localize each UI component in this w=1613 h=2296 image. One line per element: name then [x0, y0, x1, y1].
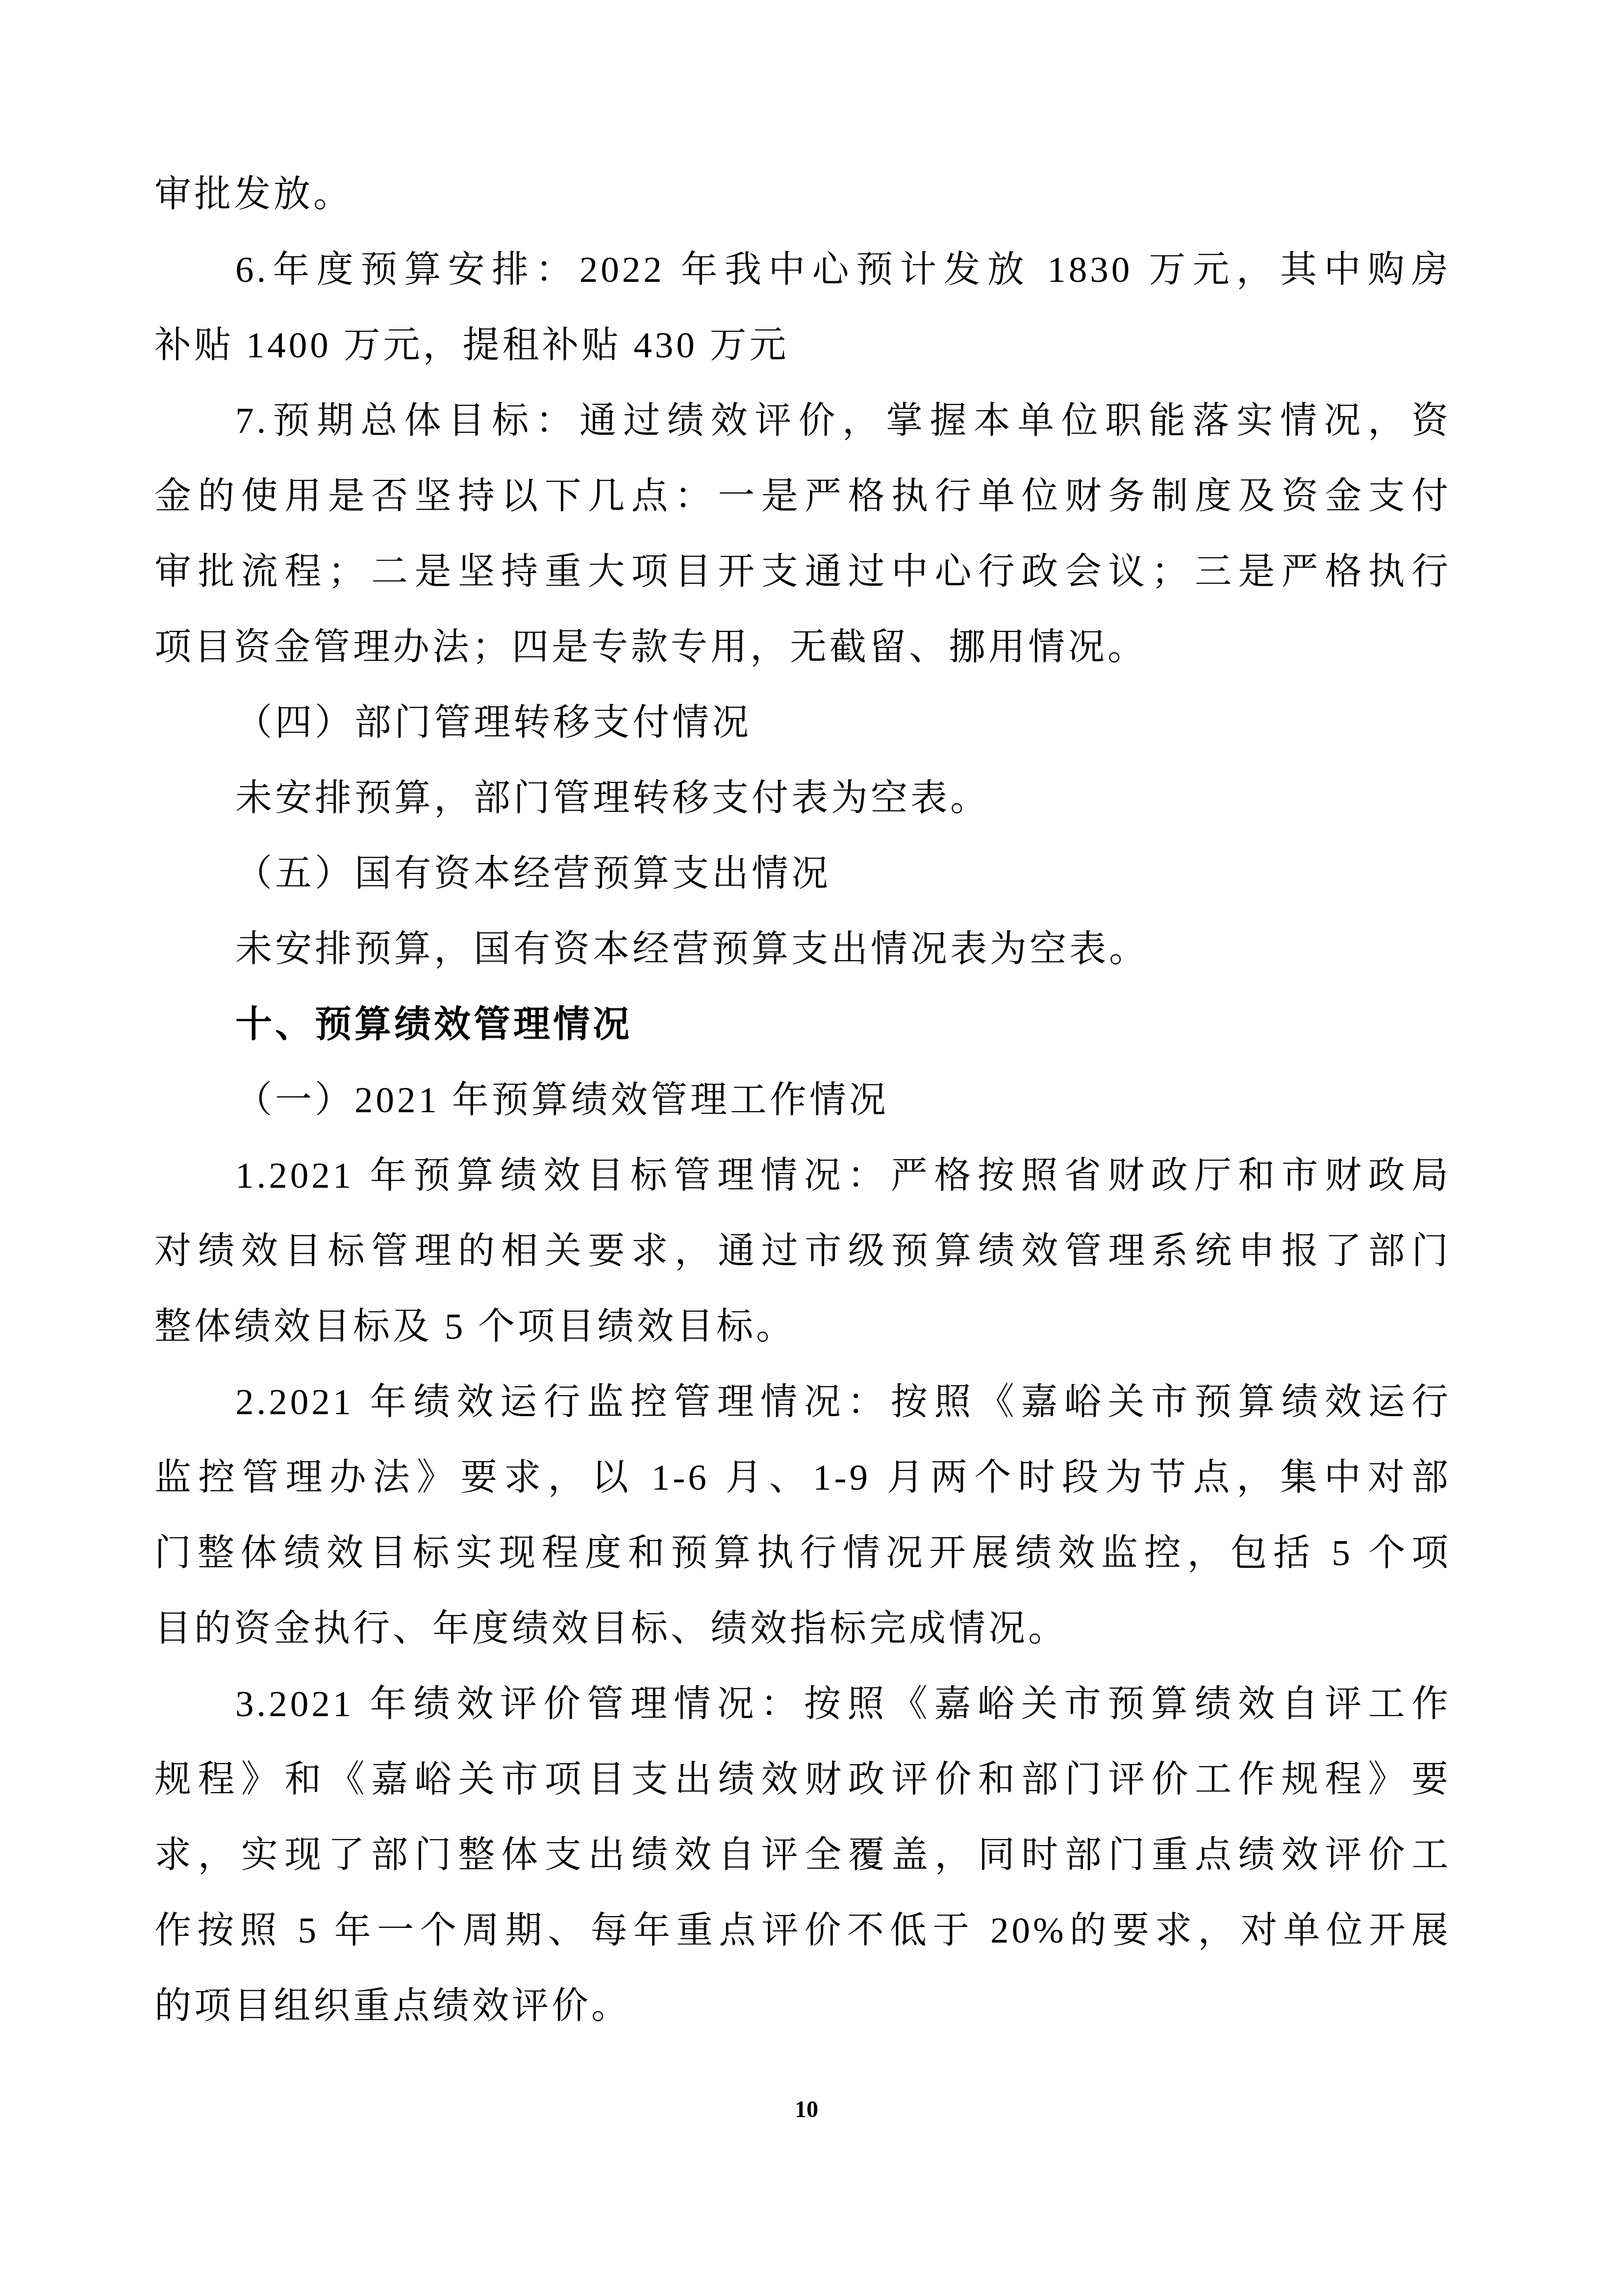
text-line: 未安排预算，国有资本经营预算支出情况表为空表。: [154, 912, 1451, 987]
text-line: 的项目组织重点绩效评价。: [154, 1969, 1451, 2044]
text-line: 未安排预算，部门管理转移支付表为空表。: [154, 761, 1451, 836]
text-line: 7.预期总体目标：通过绩效评价，掌握本单位职能落实情况，资: [154, 383, 1451, 459]
document-page: 审批发放。6.年度预算安排：2022 年我中心预计发放 1830 万元，其中购房…: [0, 0, 1613, 2296]
text-line: （一）2021 年预算绩效管理工作情况: [154, 1063, 1451, 1138]
text-line: 审批流程；二是坚持重大项目开支通过中心行政会议；三是严格执行: [154, 534, 1451, 610]
text-line: 监控管理办法》要求，以 1-6 月、1-9 月两个时段为节点，集中对部: [154, 1440, 1451, 1516]
text-line: 规程》和《嘉峪关市项目支出绩效财政评价和部门评价工作规程》要: [154, 1742, 1451, 1818]
text-line: 门整体绩效目标实现程度和预算执行情况开展绩效监控，包括 5 个项: [154, 1516, 1451, 1591]
text-line: 十、预算绩效管理情况: [154, 987, 1451, 1063]
text-line: 求，实现了部门整体支出绩效自评全覆盖，同时部门重点绩效评价工: [154, 1818, 1451, 1893]
text-line: 金的使用是否坚持以下几点：一是严格执行单位财务制度及资金支付: [154, 459, 1451, 534]
text-line: 作按照 5 年一个周期、每年重点评价不低于 20%的要求，对单位开展: [154, 1893, 1451, 1969]
text-line: 审批发放。: [154, 157, 1451, 232]
text-line: （五）国有资本经营预算支出情况: [154, 836, 1451, 912]
page-number: 10: [0, 2097, 1613, 2122]
text-line: 项目资金管理办法；四是专款专用，无截留、挪用情况。: [154, 610, 1451, 685]
text-line: （四）部门管理转移支付情况: [154, 685, 1451, 761]
text-line: 目的资金执行、年度绩效目标、绩效指标完成情况。: [154, 1591, 1451, 1667]
text-line: 1.2021 年预算绩效目标管理情况：严格按照省财政厅和市财政局: [154, 1138, 1451, 1214]
text-line: 对绩效目标管理的相关要求，通过市级预算绩效管理系统申报了部门: [154, 1214, 1451, 1289]
text-line: 2.2021 年绩效运行监控管理情况：按照《嘉峪关市预算绩效运行: [154, 1365, 1451, 1440]
text-line: 补贴 1400 万元，提租补贴 430 万元: [154, 308, 1451, 383]
text-line: 3.2021 年绩效评价管理情况：按照《嘉峪关市预算绩效自评工作: [154, 1667, 1451, 1742]
text-line: 整体绩效目标及 5 个项目绩效目标。: [154, 1289, 1451, 1365]
text-body: 审批发放。6.年度预算安排：2022 年我中心预计发放 1830 万元，其中购房…: [154, 157, 1451, 2044]
text-line: 6.年度预算安排：2022 年我中心预计发放 1830 万元，其中购房: [154, 232, 1451, 308]
